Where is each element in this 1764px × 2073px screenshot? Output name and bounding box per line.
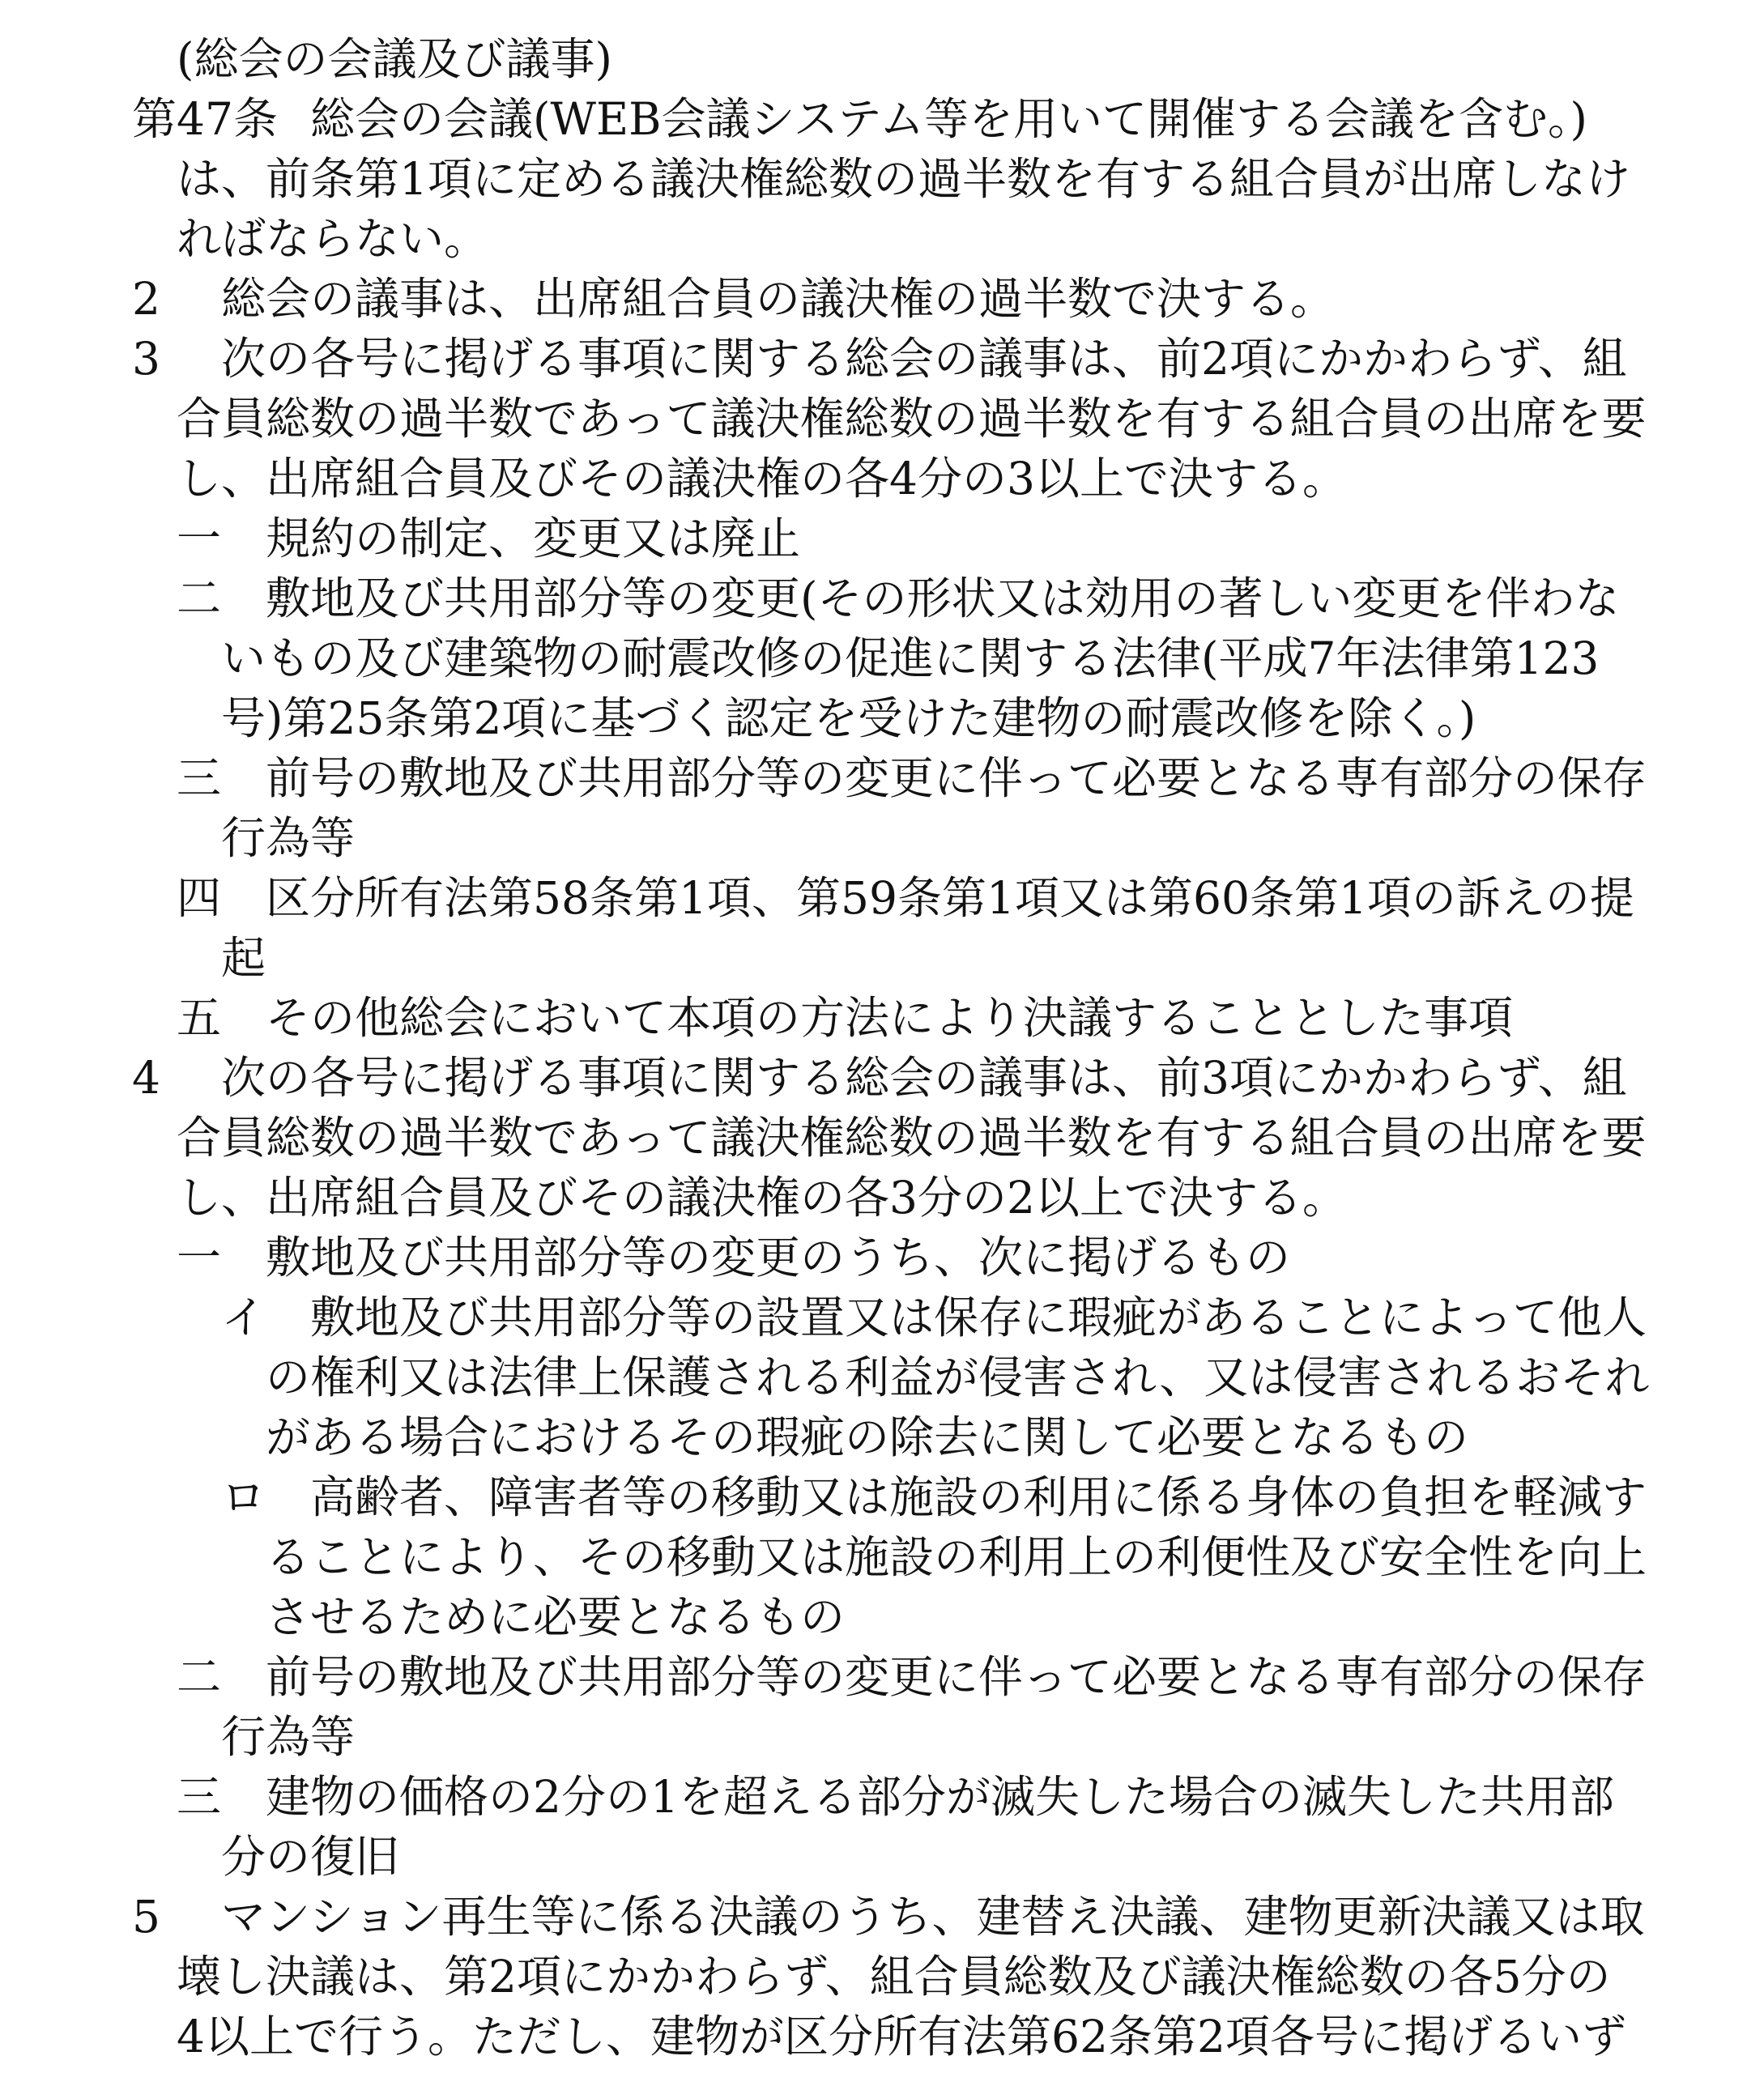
line-text: (総会の会議及び議事) <box>177 33 612 85</box>
item-line: 二敷地及び共用部分等の変更(その形状又は効用の著しい変更を伴わな <box>0 568 1764 628</box>
paragraph-line: 2総会の議事は、出席組合員の議決権の過半数で決する。 <box>0 269 1764 329</box>
line-text: 号)第25条第2項に基づく認定を受けた建物の耐震改修を除く。) <box>221 692 1476 744</box>
item-line: 一規約の制定、変更又は廃止 <box>0 509 1764 568</box>
continuation-line: 合員総数の過半数であって議決権総数の過半数を有する組合員の出席を要 <box>0 1108 1764 1168</box>
subitem-marker: ロ <box>221 1467 310 1527</box>
line-text: いもの及び建築物の耐震改修の促進に関する法律(平成7年法律第123 <box>221 632 1599 684</box>
continuation-line: ればならない。 <box>0 209 1764 269</box>
line-text: マンション再生等に係る決議のうち、建替え決議、建物更新決議又は取 <box>221 1891 1645 1943</box>
subitem-marker: イ <box>221 1288 310 1347</box>
line-text: ればならない。 <box>177 213 488 265</box>
article-number: 第47条 <box>132 89 310 149</box>
line-text: し、出席組合員及びその議決権の各4分の3以上で決する。 <box>177 453 1347 504</box>
continuation-line: 分の復旧 <box>0 1827 1764 1887</box>
continuation-line: 起 <box>0 928 1764 988</box>
continuation-line: させるために必要となるもの <box>0 1587 1764 1647</box>
item-number: 二 <box>177 568 266 628</box>
continuation-line: し、出席組合員及びその議決権の各4分の3以上で決する。 <box>0 449 1764 509</box>
line-text: 前号の敷地及び共用部分等の変更に伴って必要となる専有部分の保存 <box>266 1651 1647 1703</box>
continuation-line: 行為等 <box>0 1707 1764 1767</box>
line-text: 総会の会議(WEB会議システム等を用いて開催する会議を含む。) <box>310 93 1587 145</box>
item-number: 三 <box>177 1767 266 1827</box>
continuation-line: の権利又は法律上保護される利益が侵害され、又は侵害されるおそれ <box>0 1347 1764 1407</box>
continuation-line: 4以上で行う。ただし、建物が区分所有法第62条第2項各号に掲げるいず <box>0 2007 1764 2067</box>
line-text: ることにより、その移動又は施設の利用上の利便性及び安全性を向上 <box>266 1531 1647 1583</box>
item-line: 二前号の敷地及び共用部分等の変更に伴って必要となる専有部分の保存 <box>0 1647 1764 1707</box>
item-number: 五 <box>177 988 266 1048</box>
line-text: 敷地及び共用部分等の変更(その形状又は効用の著しい変更を伴わな <box>266 573 1619 624</box>
continuation-line: 壊し決議は、第2項にかかわらず、組合員総数及び議決権総数の各5分の <box>0 1947 1764 2007</box>
subitem-line: イ敷地及び共用部分等の設置又は保存に瑕疵があることによって他人 <box>0 1288 1764 1347</box>
line-text: 区分所有法第58条第1項、第59条第1項又は第60条第1項の訴えの提 <box>266 872 1634 924</box>
line-text: 行為等 <box>221 1711 355 1763</box>
line-text: 合員総数の過半数であって議決権総数の過半数を有する組合員の出席を要 <box>177 1112 1646 1164</box>
item-number: 二 <box>177 1647 266 1707</box>
continuation-line: 行為等 <box>0 808 1764 868</box>
continuation-line: 合員総数の過半数であって議決権総数の過半数を有する組合員の出席を要 <box>0 389 1764 449</box>
line-text: 4以上で行う。ただし、建物が区分所有法第62条第2項各号に掲げるいず <box>177 2011 1626 2062</box>
item-number: 一 <box>177 1228 266 1288</box>
line-text: 起 <box>221 932 266 984</box>
line-text: 総会の議事は、出席組合員の議決権の過半数で決する。 <box>221 273 1335 325</box>
paragraph-line: 3次の各号に掲げる事項に関する総会の議事は、前2項にかかわらず、組 <box>0 329 1764 389</box>
line-text: 敷地及び共用部分等の変更のうち、次に掲げるもの <box>266 1232 1290 1283</box>
continuation-line: し、出席組合員及びその議決権の各3分の2以上で決する。 <box>0 1168 1764 1228</box>
line-text: 壊し決議は、第2項にかかわらず、組合員総数及び議決権総数の各5分の <box>177 1951 1611 2003</box>
subitem-line: ロ高齢者、障害者等の移動又は施設の利用に係る身体の負担を軽減す <box>0 1467 1764 1527</box>
line-text: 規約の制定、変更又は廃止 <box>266 513 800 564</box>
continuation-line: は、前条第1項に定める議決権総数の過半数を有する組合員が出席しなけ <box>0 149 1764 209</box>
line-text: 前号の敷地及び共用部分等の変更に伴って必要となる専有部分の保存 <box>266 752 1647 804</box>
line-text: は、前条第1項に定める議決権総数の過半数を有する組合員が出席しなけ <box>177 153 1630 205</box>
item-number: 一 <box>177 509 266 568</box>
paragraph-number: 2 <box>132 269 221 329</box>
line-text: 建物の価格の2分の1を超える部分が滅失した場合の滅失した共用部 <box>266 1771 1614 1823</box>
line-text: させるために必要となるもの <box>266 1591 845 1643</box>
item-line: 一敷地及び共用部分等の変更のうち、次に掲げるもの <box>0 1228 1764 1288</box>
line-text: 高齢者、障害者等の移動又は施設の利用に係る身体の負担を軽減す <box>310 1471 1647 1523</box>
line-text: 行為等 <box>221 812 355 864</box>
line-text: がある場合におけるその瑕疵の除去に関して必要となるもの <box>266 1411 1468 1463</box>
item-line: 五その他総会において本項の方法により決議することとした事項 <box>0 988 1764 1048</box>
line-text: 次の各号に掲げる事項に関する総会の議事は、前2項にかかわらず、組 <box>221 333 1627 385</box>
line-text: 分の復旧 <box>221 1831 399 1883</box>
paragraph-number: 4 <box>132 1048 221 1108</box>
continuation-line: がある場合におけるその瑕疵の除去に関して必要となるもの <box>0 1407 1764 1467</box>
item-line: 三前号の敷地及び共用部分等の変更に伴って必要となる専有部分の保存 <box>0 748 1764 808</box>
line-text: 合員総数の過半数であって議決権総数の過半数を有する組合員の出席を要 <box>177 393 1646 445</box>
item-line: 四区分所有法第58条第1項、第59条第1項又は第60条第1項の訴えの提 <box>0 868 1764 928</box>
line-text: の権利又は法律上保護される利益が侵害され、又は侵害されるおそれ <box>266 1351 1649 1403</box>
regulation-document-page: (総会の会議及び議事) 第47条総会の会議(WEB会議システム等を用いて開催する… <box>0 29 1764 2067</box>
item-line: 三建物の価格の2分の1を超える部分が滅失した場合の滅失した共用部 <box>0 1767 1764 1827</box>
article-number-line: 第47条総会の会議(WEB会議システム等を用いて開催する会議を含む。) <box>0 89 1764 149</box>
item-number: 四 <box>177 868 266 928</box>
line-text: 敷地及び共用部分等の設置又は保存に瑕疵があることによって他人 <box>310 1292 1647 1343</box>
item-number: 三 <box>177 748 266 808</box>
line-text: 次の各号に掲げる事項に関する総会の議事は、前3項にかかわらず、組 <box>221 1052 1627 1104</box>
continuation-line: ることにより、その移動又は施設の利用上の利便性及び安全性を向上 <box>0 1527 1764 1587</box>
paragraph-number: 5 <box>132 1887 221 1947</box>
continuation-line: いもの及び建築物の耐震改修の促進に関する法律(平成7年法律第123 <box>0 628 1764 688</box>
line-text: その他総会において本項の方法により決議することとした事項 <box>266 992 1513 1044</box>
article-caption: (総会の会議及び議事) <box>0 29 1764 89</box>
line-text: し、出席組合員及びその議決権の各3分の2以上で決する。 <box>177 1172 1347 1224</box>
paragraph-line: 5マンション再生等に係る決議のうち、建替え決議、建物更新決議又は取 <box>0 1887 1764 1947</box>
paragraph-number: 3 <box>132 329 221 389</box>
paragraph-line: 4次の各号に掲げる事項に関する総会の議事は、前3項にかかわらず、組 <box>0 1048 1764 1108</box>
continuation-line: 号)第25条第2項に基づく認定を受けた建物の耐震改修を除く。) <box>0 688 1764 748</box>
